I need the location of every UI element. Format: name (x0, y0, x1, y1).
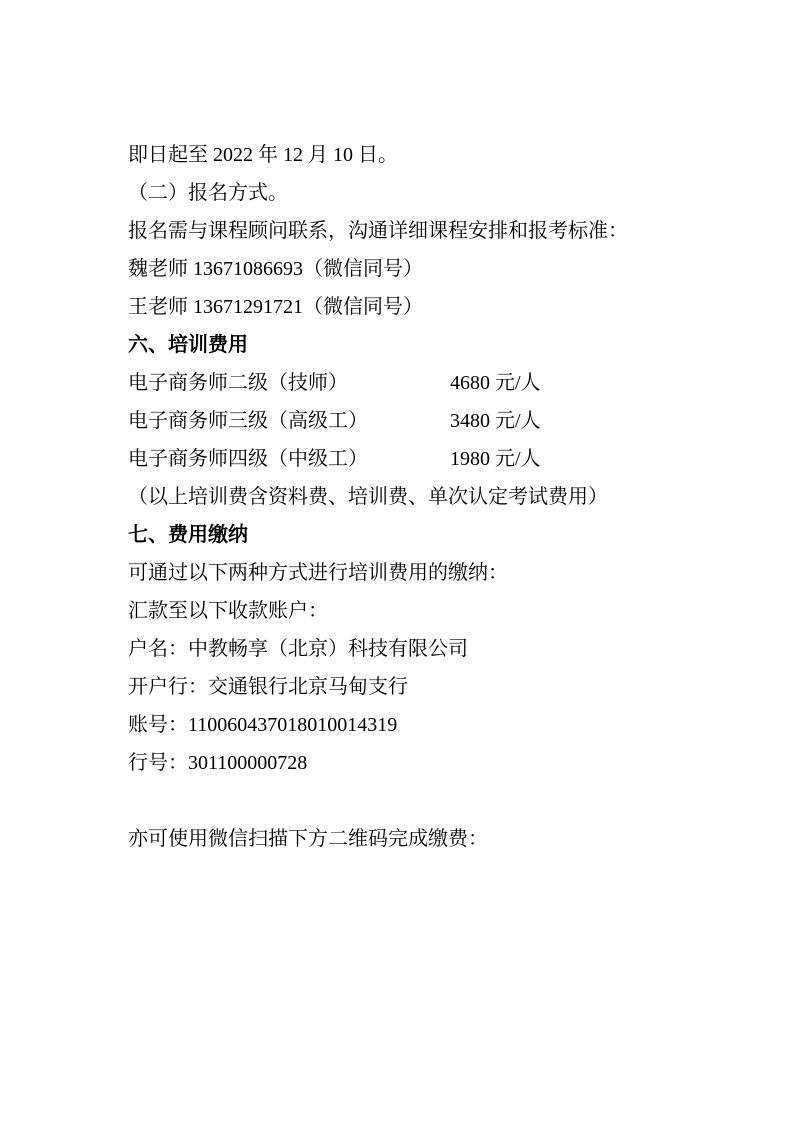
fee-price: 3480 元/人 (450, 402, 541, 440)
fee-label: 电子商务师四级（中级工） (128, 440, 450, 478)
contact-wang-line: 王老师 13671291721（微信同号） (128, 288, 690, 326)
document-content: 即日起至 2022 年 12 月 10 日。 （二）报名方式。 报名需与课程顾问… (128, 136, 690, 858)
remittance-line: 汇款至以下收款账户： (128, 592, 690, 630)
fee-row-level4: 电子商务师四级（中级工） 1980 元/人 (128, 440, 690, 478)
fee-price: 4680 元/人 (450, 364, 541, 402)
fee-label: 电子商务师三级（高级工） (128, 402, 450, 440)
document-page: 即日起至 2022 年 12 月 10 日。 （二）报名方式。 报名需与课程顾问… (0, 0, 800, 1131)
blank-spacer-line (128, 782, 690, 820)
payment-section-heading: 七、费用缴纳 (128, 516, 690, 554)
fees-note-line: （以上培训费含资料费、培训费、单次认定考试费用） (128, 478, 690, 516)
payment-intro-line: 可通过以下两种方式进行培训费用的缴纳： (128, 554, 690, 592)
bank-line: 开户行：交通银行北京马甸支行 (128, 668, 690, 706)
deadline-line: 即日起至 2022 年 12 月 10 日。 (128, 136, 690, 174)
fee-label: 电子商务师二级（技师） (128, 364, 450, 402)
fee-price: 1980 元/人 (450, 440, 541, 478)
account-number-line: 账号：110060437018010014319 (128, 706, 690, 744)
registration-method-line: （二）报名方式。 (128, 174, 690, 212)
fee-row-level3: 电子商务师三级（高级工） 3480 元/人 (128, 402, 690, 440)
contact-wei-line: 魏老师 13671086693（微信同号） (128, 250, 690, 288)
fees-section-heading: 六、培训费用 (128, 326, 690, 364)
bank-code-line: 行号：301100000728 (128, 744, 690, 782)
account-name-line: 户名：中教畅享（北京）科技有限公司 (128, 630, 690, 668)
fee-row-level2: 电子商务师二级（技师） 4680 元/人 (128, 364, 690, 402)
qr-note-line: 亦可使用微信扫描下方二维码完成缴费： (128, 820, 690, 858)
contact-intro-line: 报名需与课程顾问联系，沟通详细课程安排和报考标准： (128, 212, 690, 250)
